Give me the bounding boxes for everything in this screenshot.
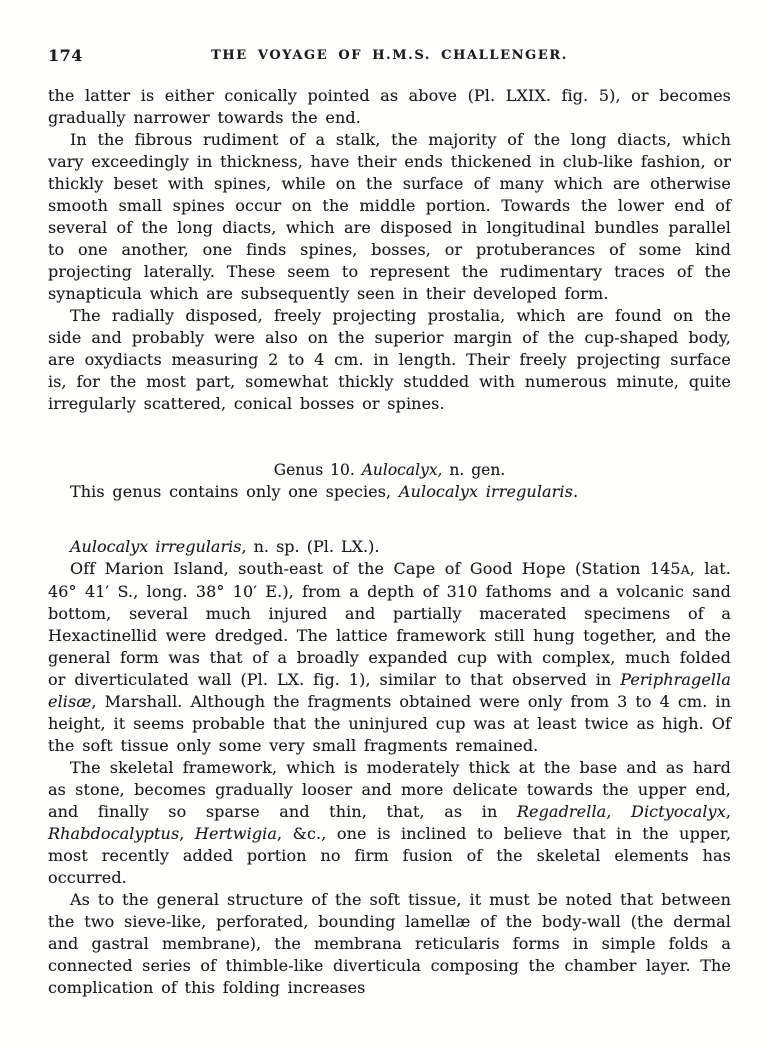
paragraph-prostalia: The radially disposed, freely projecting… — [48, 305, 731, 415]
paragraph-skeletal-framework: The skeletal framework, which is moderat… — [48, 757, 731, 889]
paragraph-marion-island: Off Marion Island, south-east of the Cap… — [48, 558, 731, 757]
paragraph-fibrous-stalk: In the fibrous rudiment of a stalk, the … — [48, 129, 731, 305]
paragraph-soft-tissue: As to the general structure of the soft … — [48, 889, 731, 999]
paragraph-genus-species: This genus contains only one species, Au… — [48, 481, 731, 503]
running-title: THE VOYAGE OF H.M.S. CHALLENGER. — [48, 46, 731, 63]
species-heading: Aulocalyx irregularis, n. sp. (Pl. LX.). — [48, 536, 731, 558]
paragraph-continuation: the latter is either conically pointed a… — [48, 85, 731, 129]
genus-heading: Genus 10. Aulocalyx, n. gen. — [48, 459, 731, 481]
page-header: 174 THE VOYAGE OF H.M.S. CHALLENGER. — [48, 46, 731, 64]
page-number: 174 — [48, 46, 83, 65]
book-page: 174 THE VOYAGE OF H.M.S. CHALLENGER. the… — [0, 0, 776, 1050]
